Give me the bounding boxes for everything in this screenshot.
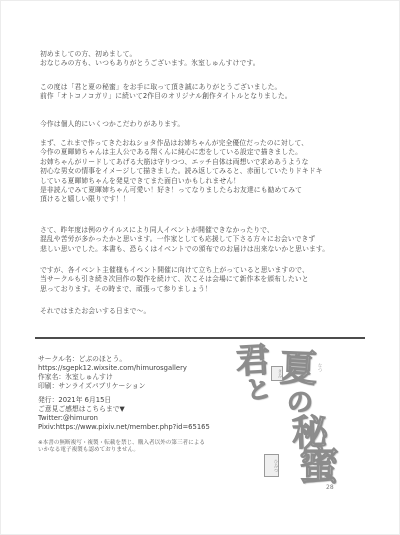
afterword-paragraph: さて、昨年度は例のウイルスにより同人イベントが開催できなかったりで、 混乱や苦労… (40, 226, 380, 254)
furigana-natsu: なつ (317, 363, 322, 372)
title-char-mitsu: 蜜 (299, 446, 339, 486)
afterword-paragraph: まず、これまで作ってきたおねショタ作品はお姉ちゃんが完全優位だったのに対して、 … (40, 139, 380, 205)
page-number: 28 (326, 484, 334, 491)
colophon-circle-info: サークル名：どぶのほとう。 https://sgepk12.wixsite.co… (38, 355, 268, 391)
afterword-page: 初めましての方、初めまして。 おなじみの方も、いつもありがとうございます。氷室し… (0, 0, 400, 535)
copyright-disclaimer: ※本書の無断複写・複製・転載を禁じ、購入者以外の第三者による いかなる電子複製も… (38, 440, 258, 454)
divider-line (35, 337, 365, 339)
afterword-paragraph: ですが、各イベント主催様もイベント開催に向けて立ち上がっていると思いますので、 … (40, 266, 380, 294)
hanko-seal: ひみつ (264, 454, 279, 477)
afterword-paragraph: 今作は個人的にいくつかこだわりがあります。 (40, 120, 380, 129)
title-char-natsu: 夏 (279, 349, 317, 387)
hanko-seal: きみ (271, 366, 283, 381)
colophon-publish-info: 発行：2021年 6月15日 ご意見ご感想はこちらまで▼ Twitter:@hi… (38, 396, 268, 432)
title-char-hi: 秘 (291, 414, 328, 451)
afterword-paragraph: この度は「君と夏の秘蜜」をお手に取って頂き誠にありがとうございました。 前作「オ… (40, 83, 380, 102)
title-char-no: の (287, 390, 313, 416)
afterword-paragraph: それではまたお会いする日まで〜。 (40, 307, 380, 316)
afterword-paragraph: 初めましての方、初めまして。 おなじみの方も、いつもありがとうございます。氷室し… (40, 50, 380, 69)
